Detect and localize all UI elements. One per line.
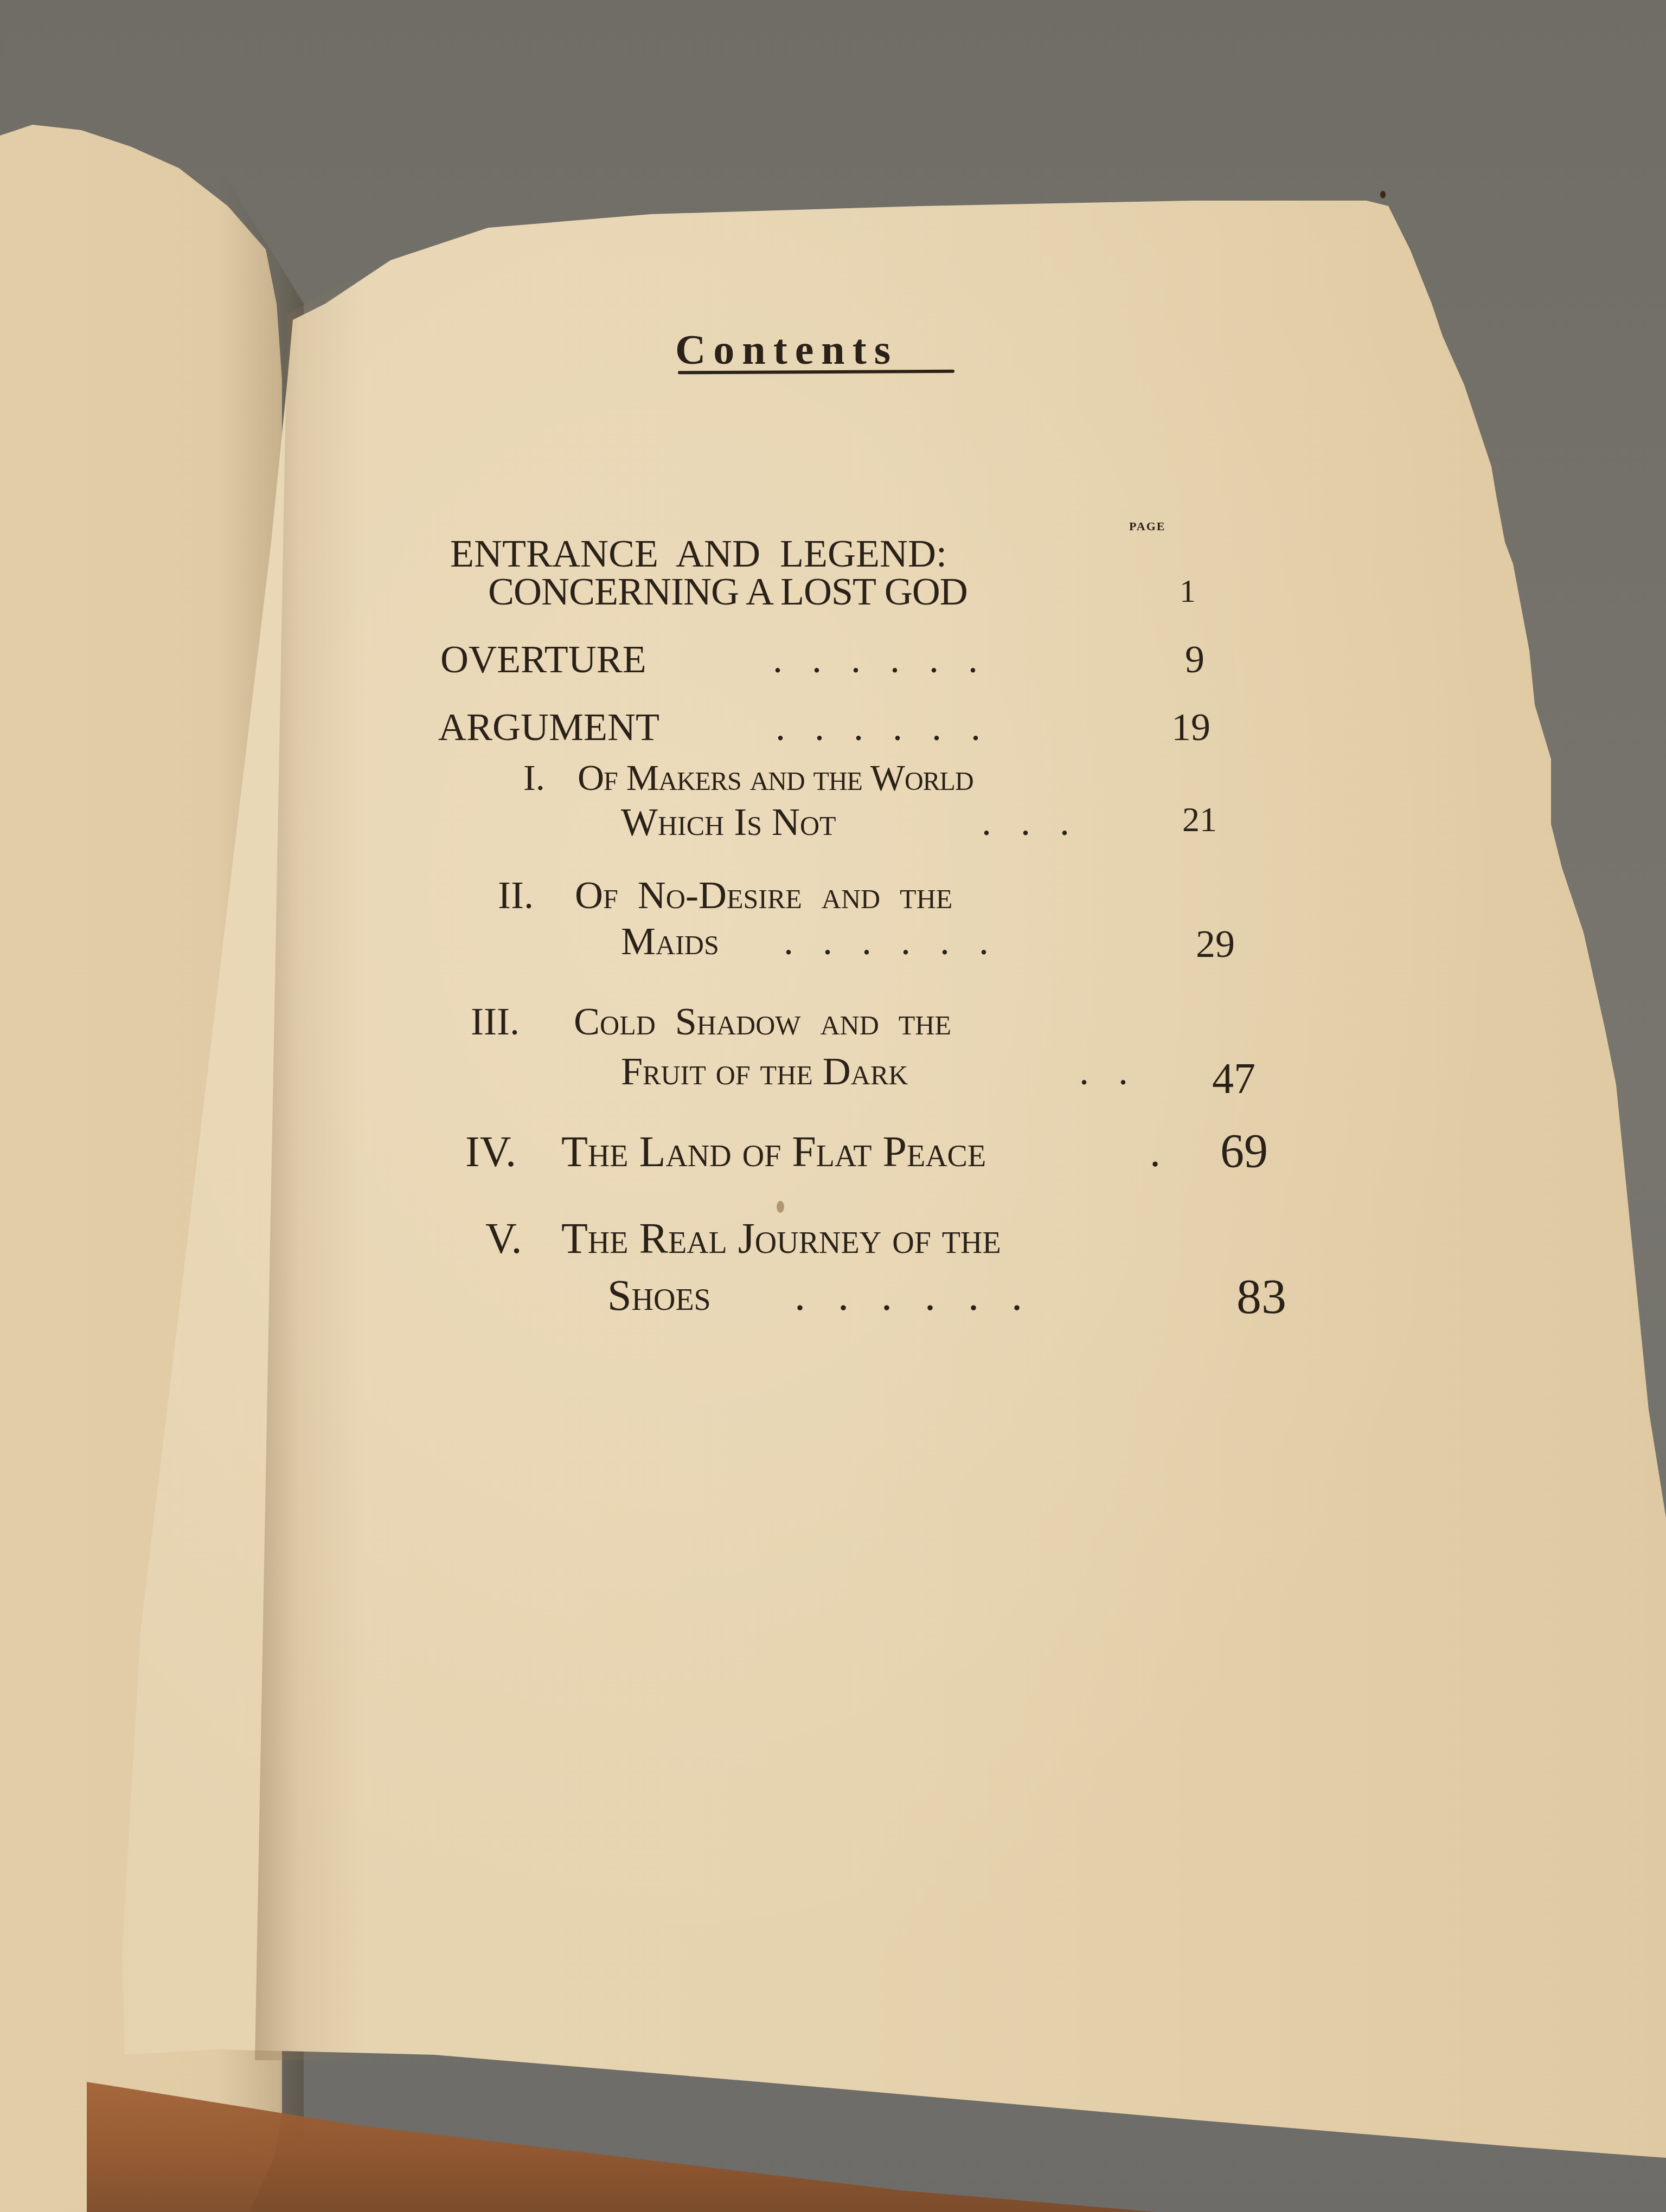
leader-dots: . . . . . .	[794, 1274, 1022, 1317]
toc-page-number: 1	[1180, 575, 1196, 607]
paper-speck	[1380, 191, 1386, 198]
toc-entry-line: OVERTURE	[440, 640, 646, 679]
toc-entry-line: Cold Shadow and the	[574, 1002, 951, 1041]
toc-page-number: 29	[1196, 924, 1235, 963]
leader-dots: . . . . . .	[773, 640, 978, 679]
toc-entry-line: Maids	[621, 922, 719, 961]
toc-page-number: 69	[1220, 1128, 1268, 1175]
toc-page-number: 47	[1212, 1057, 1255, 1101]
leader-dots: . .	[1079, 1052, 1128, 1091]
toc-entry-line: Shoes	[607, 1274, 711, 1317]
toc-entry-line: Fruit of the Dark	[621, 1052, 908, 1091]
toc-entry-line: Of Makers and the World	[578, 759, 973, 796]
chapter-numeral: IV.	[465, 1130, 516, 1174]
chapter-numeral: II.	[498, 876, 534, 915]
chapter-numeral: V.	[485, 1217, 522, 1261]
leader-dots: .	[1150, 1130, 1161, 1174]
page-column-label: PAGE	[1129, 519, 1165, 533]
toc-entry-line: Of No-Desire and the	[575, 876, 952, 915]
toc-entry-line: The Land of Flat Peace	[561, 1130, 986, 1174]
toc-entry-line: ENTRANCE AND LEGEND:	[450, 534, 947, 573]
chapter-numeral: I.	[523, 759, 545, 796]
toc-page-number: 21	[1182, 802, 1217, 837]
paper-stain	[777, 1201, 784, 1213]
chapter-numeral: III.	[471, 1002, 520, 1041]
toc-entry-line: ARGUMENT	[438, 708, 659, 747]
leader-dots: . . . . . .	[784, 922, 989, 961]
toc-page-number: 9	[1185, 640, 1204, 679]
toc-entry-line: The Real Journey of the	[561, 1217, 1001, 1261]
page-title: Contents	[675, 325, 898, 374]
toc-page-number: 83	[1236, 1271, 1286, 1321]
toc-entry-line: CONCERNING A LOST GOD	[488, 572, 967, 611]
toc-entry-line: Which Is Not	[621, 802, 836, 841]
contents-page: Contents PAGE ENTRANCE AND LEGEND: CONCE…	[0, 0, 1666, 2212]
leader-dots: . . . . . .	[776, 708, 981, 747]
toc-page-number: 19	[1171, 708, 1210, 747]
leader-dots: . . .	[982, 802, 1069, 841]
